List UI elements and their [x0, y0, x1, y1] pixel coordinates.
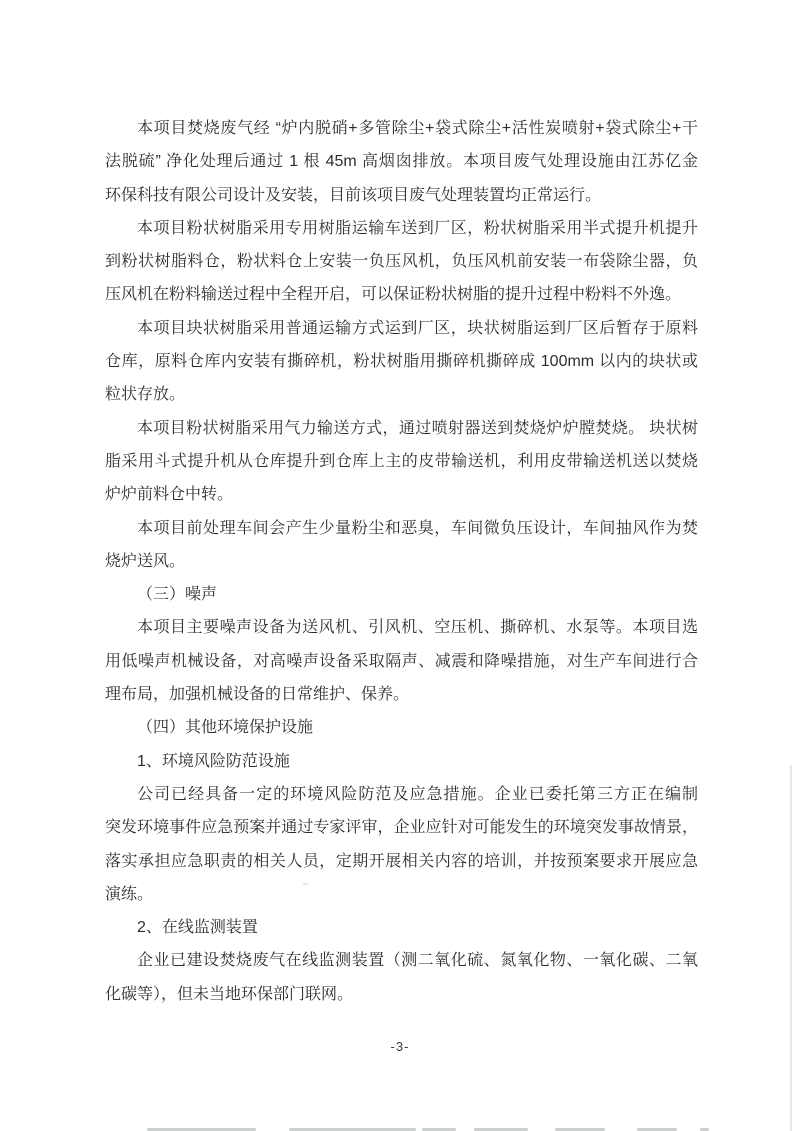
- text-line: 法脱硫” 净化处理后通过 1 根 45m 高烟囱排放。本项目废气处理设施由江苏亿…: [105, 145, 698, 178]
- para-flue-gas-treatment: 本项目焚烧废气经 “炉内脱硝+多管除尘+袋式除尘+活性炭喷射+袋式除尘+干法脱硫…: [105, 112, 698, 212]
- para-pretreatment-workshop: 本项目前处理车间会产生少量粉尘和恶臭，车间微负压设计，车间抽风作为焚烧炉送风。: [105, 512, 698, 579]
- scan-fragment: [474, 1128, 528, 1131]
- para-risk-prevention: 公司已经具备一定的环境风险防范及应急措施。企业已委托第三方正在编制突发环境事件应…: [105, 778, 698, 911]
- para-powder-resin-transport: 本项目粉状树脂采用专用树脂运输车送到厂区，粉状树脂采用半式提升机提升到粉状树脂料…: [105, 212, 698, 312]
- text-line: 烧炉送风。: [105, 545, 698, 578]
- text-line: 用低噪声机械设备，对高噪声设备采取隔声、减震和降噪措施，对生产车间进行合: [105, 645, 698, 678]
- text-line: 仓库，原料仓库内安装有撕碎机，粉状树脂用撕碎机撕碎成 100mm 以内的块状或: [105, 345, 698, 378]
- text-line: 公司已经具备一定的环境风险防范及应急措施。企业已委托第三方正在编制: [105, 778, 698, 811]
- para-online-monitoring: 企业已建设焚烧废气在线监测装置（测二氧化硫、氮氧化物、一氧化碳、二氧化碳等），但…: [105, 944, 698, 1011]
- heading-online-monitoring: 2、在线监测装置: [105, 911, 698, 944]
- text-line: 到粉状树脂料仓，粉状料仓上安装一负压风机，负压风机前安装一布袋除尘器，负: [105, 245, 698, 278]
- scan-fragment: [289, 1128, 416, 1131]
- document-page: 本项目焚烧废气经 “炉内脱硝+多管除尘+袋式除尘+活性炭喷射+袋式除尘+干法脱硫…: [0, 0, 800, 1131]
- text-line: （四）其他环境保护设施: [105, 711, 698, 744]
- heading-risk-prevention-facilities: 1、环境风险防范设施: [105, 745, 698, 778]
- scan-fragment: [637, 1128, 677, 1131]
- text-line: 理布局，加强机械设备的日常维护、保养。: [105, 678, 698, 711]
- scan-fragment: [422, 1128, 456, 1131]
- text-line: 炉炉前料仓中转。: [105, 478, 698, 511]
- scan-fragment: [555, 1128, 605, 1131]
- scan-artifact-right-edge: [790, 765, 792, 1131]
- text-line: 落实承担应急职责的相关人员，定期开展相关内容的培训，并按预案要求开展应急: [105, 845, 698, 878]
- text-line: 1、环境风险防范设施: [105, 745, 698, 778]
- para-pneumatic-conveying: 本项目粉状树脂采用气力输送方式，通过喷射器送到焚烧炉炉膛焚烧。 块状树脂采用斗式…: [105, 412, 698, 512]
- text-line: 环保科技有限公司设计及安装，目前该项目废气处理装置均正常运行。: [105, 179, 698, 212]
- text-line: 演练。: [105, 878, 698, 911]
- text-line: 脂采用斗式提升机从仓库提升到仓库上主的皮带输送机，利用皮带输送机送以焚烧: [105, 445, 698, 478]
- document-body: 本项目焚烧废气经 “炉内脱硝+多管除尘+袋式除尘+活性炭喷射+袋式除尘+干法脱硫…: [105, 112, 698, 1011]
- text-line: 粒状存放。: [105, 378, 698, 411]
- heading-noise: （三）噪声: [105, 578, 698, 611]
- para-block-resin-transport: 本项目块状树脂采用普通运输方式运到厂区，块状树脂运到厂区后暂存于原料仓库，原料仓…: [105, 312, 698, 412]
- text-line: （三）噪声: [105, 578, 698, 611]
- scan-speck: [303, 883, 308, 885]
- text-line: 突发环境事件应急预案并通过专家评审，企业应针对可能发生的环境突发事故情景，: [105, 811, 698, 844]
- text-line: 企业已建设焚烧废气在线监测装置（测二氧化硫、氮氧化物、一氧化碳、二氧: [105, 944, 698, 977]
- text-line: 本项目主要噪声设备为送风机、引风机、空压机、撕碎机、水泵等。本项目选: [105, 611, 698, 644]
- page-number: -3-: [0, 1039, 800, 1054]
- scan-fragment: [700, 1128, 709, 1131]
- scan-fragment: [147, 1128, 256, 1131]
- text-line: 压风机在粉料输送过程中全程开启，可以保证粉状树脂的提升过程中粉料不外逸。: [105, 278, 698, 311]
- text-line: 本项目粉状树脂采用气力输送方式，通过喷射器送到焚烧炉炉膛焚烧。 块状树: [105, 412, 698, 445]
- text-line: 本项目前处理车间会产生少量粉尘和恶臭，车间微负压设计，车间抽风作为焚: [105, 512, 698, 545]
- text-line: 本项目块状树脂采用普通运输方式运到厂区，块状树脂运到厂区后暂存于原料: [105, 312, 698, 345]
- text-line: 2、在线监测装置: [105, 911, 698, 944]
- text-line: 化碳等），但未当地环保部门联网。: [105, 978, 698, 1011]
- para-noise-equipment: 本项目主要噪声设备为送风机、引风机、空压机、撕碎机、水泵等。本项目选用低噪声机械…: [105, 611, 698, 711]
- text-line: 本项目焚烧废气经 “炉内脱硝+多管除尘+袋式除尘+活性炭喷射+袋式除尘+干: [105, 112, 698, 145]
- text-line: 本项目粉状树脂采用专用树脂运输车送到厂区，粉状树脂采用半式提升机提升: [105, 212, 698, 245]
- heading-other-protection-facilities: （四）其他环境保护设施: [105, 711, 698, 744]
